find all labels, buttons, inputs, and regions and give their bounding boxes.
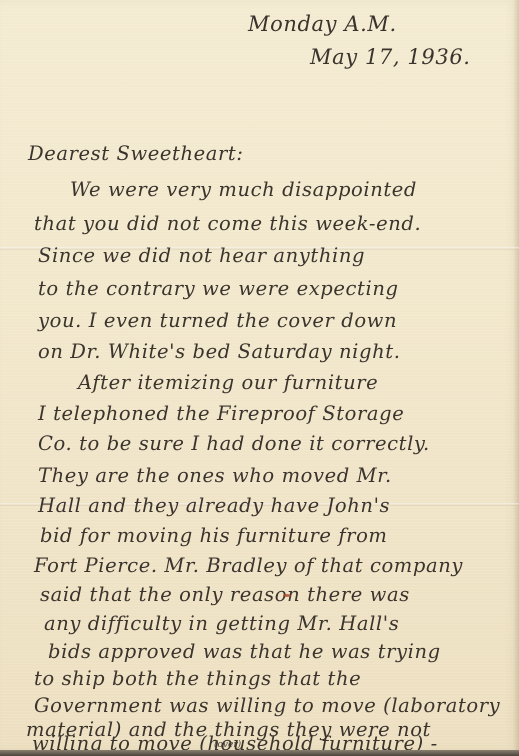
salutation: Dearest Sweetheart:: [28, 142, 244, 165]
letter-line: They are the ones who moved Mr.: [38, 464, 392, 487]
letter-line: Hall and they already have John's: [38, 494, 390, 517]
red-ink-mark: [283, 594, 291, 597]
letter-line: said that the only reason there was: [40, 583, 410, 606]
letter-line: bids approved was that he was trying: [48, 640, 441, 663]
letter-line: Fort Pierce. Mr. Bradley of that company: [34, 554, 463, 577]
letter-line: We were very much disappointed: [70, 178, 417, 201]
letter-line: that you did not come this week-end.: [34, 212, 421, 235]
scan-bottom-edge: [0, 750, 519, 756]
letter-day: Monday A.M.: [248, 12, 397, 36]
letter-line: Since we did not hear anything: [38, 244, 365, 267]
letter-line: any difficulty in getting Mr. Hall's: [44, 612, 399, 635]
letter-page: Monday A.M. May 17, 1936. Dearest Sweeth…: [0, 0, 519, 751]
letter-line: to the contrary we were expecting: [38, 277, 399, 300]
letter-date: May 17, 1936.: [310, 45, 471, 69]
letter-line: to ship both the things that the: [34, 667, 361, 690]
letter-line: I telephoned the Fireproof Storage: [38, 402, 404, 425]
letter-line: you. I even turned the cover down: [38, 309, 397, 332]
letter-line: on Dr. White's bed Saturday night.: [38, 340, 401, 363]
over-note: (over): [214, 740, 241, 750]
letter-line: Government was willing to move (laborato…: [34, 694, 500, 717]
letter-line: After itemizing our furniture: [78, 371, 378, 394]
letter-line: bid for moving his furniture from: [40, 524, 388, 547]
letter-line: Co. to be sure I had done it correctly.: [38, 432, 430, 455]
paper-edge: [513, 0, 519, 751]
